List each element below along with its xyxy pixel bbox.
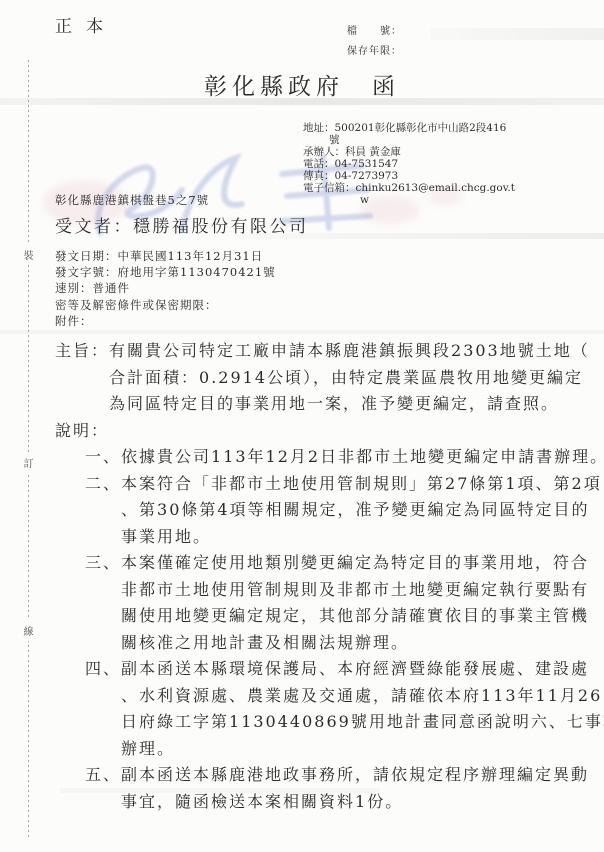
letter-body: 主旨： 有關貴公司特定工廠申請本縣鹿港鎮振興段2303地號土地（ 合計面積：0.…: [55, 338, 571, 815]
sender-address-line1: 地址：500201彰化縣彰化市中山路2段416: [303, 122, 515, 134]
item-line: 日府綠工字第1130440869號用地計畫同意函說明六、七事項: [121, 709, 604, 736]
subject-line: 有關貴公司特定工廠申請本縣鹿港鎮振興段2303地號土地（: [109, 338, 571, 365]
scanned-official-letter: 裝 訂 線 正本 檔 號： 保存年限： 彰化縣政府 函 地址：500201彰化縣…: [0, 0, 604, 852]
recipient-address: 彰化縣鹿港鎮棋盤巷5之7號: [55, 192, 209, 208]
explanation-item-5: 五、 副本函送本縣鹿港地政事務所，請依規定程序辦理編定異動 事宜，隨函檢送本案相…: [55, 762, 571, 815]
item-line: 事宜，隨函檢送本案相關資料1份。: [121, 789, 589, 816]
item-line: 非都市土地使用管制規則及非都市土地變更編定執行要點有: [121, 577, 589, 604]
item-number: 四、: [85, 656, 121, 683]
file-labels: 檔 號： 保存年限：: [347, 22, 402, 62]
scan-streak: [0, 330, 604, 334]
item-number: 三、: [85, 550, 121, 577]
item-line: 關使用地變更編定規定，其他部分請確實依目的事業主管機: [121, 603, 589, 630]
recipient-name: 受文者：穩勝福股份有限公司: [55, 212, 309, 237]
margin-mark-binding: 裝: [20, 244, 37, 265]
document-number: 發文字號：府地用字第1130470421號: [55, 264, 276, 280]
explanation-label: 說明：: [55, 418, 571, 445]
subject-line: 為同區特定目的事業用地一案，准予變更編定，請查照。: [109, 391, 571, 418]
sender-email-line2: w: [303, 194, 515, 206]
scan-streak: [430, 28, 604, 40]
explanation-item-2: 二、 本案符合「非都市土地使用管制規則」第27條第1項、第2項 、第30條第4項…: [55, 471, 571, 551]
binding-dotted-line: [28, 60, 29, 838]
item-line: 辦理。: [121, 736, 604, 763]
item-line: 、第30條第4項等相關規定，准予變更編定為同區特定目的: [121, 497, 602, 524]
explanation-item-1: 一、 依據貴公司113年12月2日非都市土地變更編定申請書辦理。: [55, 444, 571, 471]
margin-mark-staple: 訂: [20, 452, 37, 473]
margin-mark-thread: 線: [20, 620, 37, 641]
sender-address-line2: 號: [303, 134, 515, 146]
attachment-label: 附件：: [55, 313, 276, 329]
subject-line: 合計面積：0.2914公頃），由特定農業區農牧用地變更編定: [109, 365, 571, 392]
item-line: 本案符合「非都市土地使用管制規則」第27條第1項、第2項: [121, 471, 602, 498]
sender-phone: 電話：04-7531547: [303, 158, 515, 170]
item-line: 、水利資源處、農業處及交通處，請確依本府113年11月26: [121, 683, 604, 710]
item-number: 五、: [85, 762, 121, 789]
retention-period-label: 保存年限：: [347, 42, 402, 62]
issue-date: 發文日期：中華民國113年12月31日: [55, 248, 276, 264]
item-line: 副本函送本縣環境保護局、本府經濟暨綠能發展處、建設處: [121, 656, 604, 683]
delivery-speed: 速別：普通件: [55, 280, 276, 296]
item-line: 事業用地。: [121, 524, 602, 551]
item-number: 一、: [85, 444, 121, 471]
sender-officer: 承辦人：科員 黃金庫: [303, 146, 515, 158]
copy-type-label: 正本: [55, 12, 117, 37]
item-line: 副本函送本縣鹿港地政事務所，請依規定程序辦理編定異動: [121, 762, 589, 789]
file-no-label: 檔 號：: [347, 22, 402, 42]
subject-section: 主旨： 有關貴公司特定工廠申請本縣鹿港鎮振興段2303地號土地（ 合計面積：0.…: [55, 338, 571, 418]
item-line: 依據貴公司113年12月2日非都市土地變更編定申請書辦理。: [121, 444, 604, 471]
sender-email-line1: 電子信箱：chinku2613@email.chcg.gov.t: [303, 182, 515, 194]
security-classification: 密等及解密條件或保密期限：: [55, 297, 276, 313]
sender-contact-block: 地址：500201彰化縣彰化市中山路2段416 號 承辦人：科員 黃金庫 電話：…: [303, 122, 515, 206]
document-meta-block: 發文日期：中華民國113年12月31日 發文字號：府地用字第1130470421…: [55, 248, 276, 329]
subject-label: 主旨：: [55, 338, 109, 365]
item-number: 二、: [85, 471, 121, 498]
explanation-item-4: 四、 副本函送本縣環境保護局、本府經濟暨綠能發展處、建設處 、水利資源處、農業處…: [55, 656, 571, 762]
item-line: 關核准之用地計畫及相關法規辦理。: [121, 630, 589, 657]
sender-fax: 傳真：04-7273973: [303, 170, 515, 182]
document-title: 彰化縣政府 函: [0, 68, 604, 101]
explanation-item-3: 三、 本案僅確定使用地類別變更編定為特定目的事業用地，符合 非都市土地使用管制規…: [55, 550, 571, 656]
item-line: 本案僅確定使用地類別變更編定為特定目的事業用地，符合: [121, 550, 589, 577]
